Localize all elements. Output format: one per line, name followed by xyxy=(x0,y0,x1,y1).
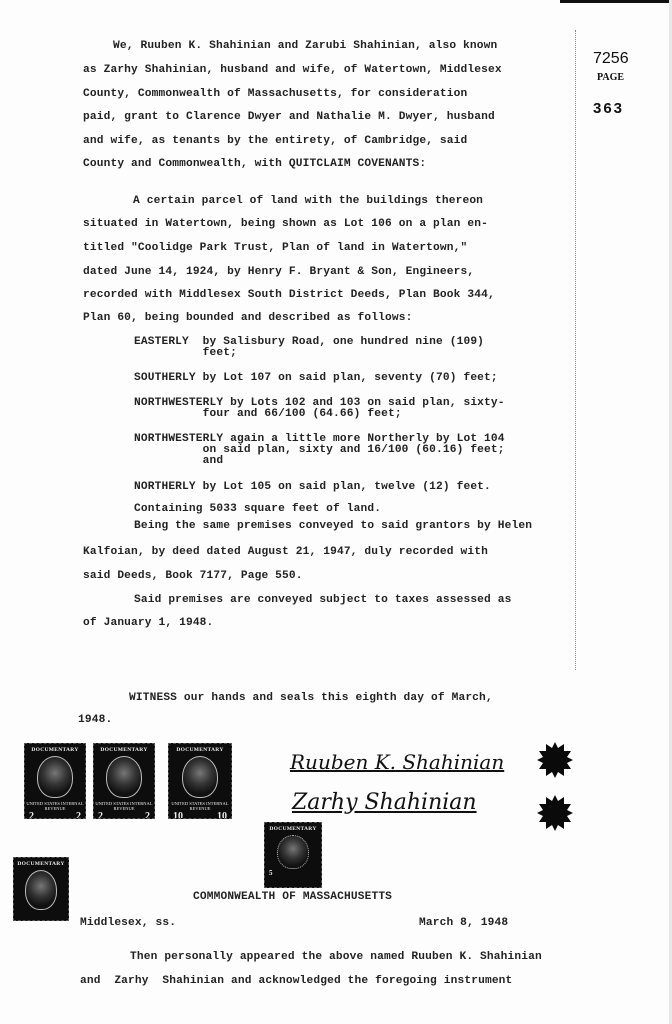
witness-line: WITNESS our hands and seals this eighth … xyxy=(129,692,493,704)
deed-text-line: of January 1, 1948. xyxy=(83,617,213,629)
acknowledgment-county: Middlesex, ss. xyxy=(80,917,176,929)
margin-rule xyxy=(575,30,576,670)
deed-text-line: County and Commonwealth, with QUITCLAIM … xyxy=(83,158,426,170)
acknowledgment-heading: COMMONWEALTH OF MASSACHUSETTS xyxy=(193,891,392,903)
witness-year: 1948. xyxy=(78,714,112,726)
acknowledgment-text: and Zarhy Shahinian and acknowledged the… xyxy=(80,975,512,987)
stamp-header: DOCUMENTARY xyxy=(25,747,85,753)
deed-text-line: Said premises are conveyed subject to ta… xyxy=(134,594,512,606)
bound-easterly-cont: feet; xyxy=(134,347,237,359)
deed-text-line: County, Commonwealth of Massachusetts, f… xyxy=(83,88,467,100)
portrait-icon xyxy=(182,756,218,798)
stamp-header: DOCUMENTARY xyxy=(14,861,68,867)
deed-text-line: recorded with Middlesex South District D… xyxy=(83,289,495,301)
seal-icon xyxy=(537,742,573,778)
deed-text-line: paid, grant to Clarence Dwyer and Nathal… xyxy=(83,111,495,123)
stamp-denomination: 1010 xyxy=(169,811,231,819)
seal-icon xyxy=(537,795,573,831)
page-label: PAGE xyxy=(597,72,624,83)
stamp-header: DOCUMENTARY xyxy=(265,826,321,832)
scan-edge xyxy=(560,0,672,3)
stamp-footer: UNITED STATES INTERNAL REVENUE xyxy=(94,801,154,811)
acknowledgment-date: March 8, 1948 xyxy=(419,917,508,929)
deed-text-line: titled "Coolidge Park Trust, Plan of lan… xyxy=(83,242,467,254)
stamp-header: DOCUMENTARY xyxy=(169,747,231,753)
deed-text-line: said Deeds, Book 7177, Page 550. xyxy=(83,570,303,582)
stamp-header: DOCUMENTARY xyxy=(94,747,154,753)
seal-circle-icon xyxy=(277,835,309,869)
stamp-footer: UNITED STATES INTERNAL REVENUE xyxy=(25,801,85,811)
portrait-icon xyxy=(25,870,57,910)
deed-page: 7256 PAGE 363 We, Ruuben K. Shahinian an… xyxy=(0,0,672,1024)
revenue-stamp: DOCUMENTARY UNITED STATES INTERNAL REVEN… xyxy=(168,743,232,819)
bound-northwesterly-2-cont: and xyxy=(134,455,223,467)
containing-line: Containing 5033 square feet of land. xyxy=(134,503,381,515)
portrait-icon xyxy=(106,756,142,798)
stamp-footer: UNITED STATES INTERNAL REVENUE xyxy=(169,801,231,811)
revenue-stamp: DOCUMENTARY xyxy=(13,857,69,921)
revenue-stamp: DOCUMENTARY 5 xyxy=(264,822,322,888)
page-number: 363 xyxy=(593,100,624,117)
stamp-denomination: 5 xyxy=(265,869,321,877)
acknowledgment-text: Then personally appeared the above named… xyxy=(130,951,542,963)
deed-text-line: A certain parcel of land with the buildi… xyxy=(133,195,483,207)
signature-zarhy: Zarhy Shahinian xyxy=(292,790,477,815)
revenue-stamp: DOCUMENTARY UNITED STATES INTERNAL REVEN… xyxy=(93,743,155,819)
bound-southerly: SOUTHERLY by Lot 107 on said plan, seven… xyxy=(134,372,498,384)
portrait-icon xyxy=(37,756,73,798)
book-number: 7256 xyxy=(593,50,629,68)
deed-text-line: Being the same premises conveyed to said… xyxy=(134,520,532,532)
deed-text-line: as Zarhy Shahinian, husband and wife, of… xyxy=(83,64,502,76)
deed-text-line: dated June 14, 1924, by Henry F. Bryant … xyxy=(83,266,474,278)
deed-text-line: We, Ruuben K. Shahinian and Zarubi Shahi… xyxy=(113,40,497,52)
deed-text-line: Plan 60, being bounded and described as … xyxy=(83,312,412,324)
revenue-stamp: DOCUMENTARY UNITED STATES INTERNAL REVEN… xyxy=(24,743,86,819)
deed-text-line: and wife, as tenants by the entirety, of… xyxy=(83,135,467,147)
bound-northwesterly-cont: four and 66/100 (64.66) feet; xyxy=(134,408,402,420)
deed-text-line: situated in Watertown, being shown as Lo… xyxy=(83,218,488,230)
deed-text-line: Kalfoian, by deed dated August 21, 1947,… xyxy=(83,546,488,558)
stamp-denomination: 22 xyxy=(25,811,85,819)
stamp-denomination: 22 xyxy=(94,811,154,819)
bound-northerly: NORTHERLY by Lot 105 on said plan, twelv… xyxy=(134,481,491,493)
signature-ruuben: Ruuben K. Shahinian xyxy=(290,750,504,774)
